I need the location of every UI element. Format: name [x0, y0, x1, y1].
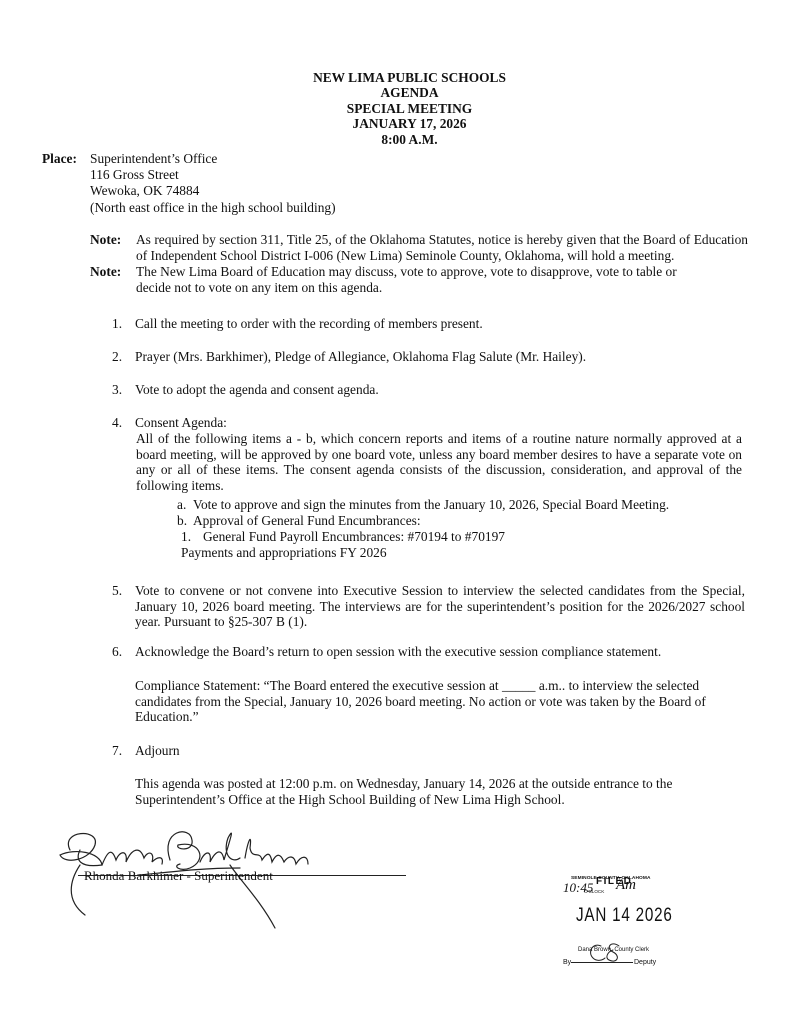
note-text: The New Lima Board of Education may disc…	[136, 264, 696, 295]
agenda-item: Adjourn	[135, 743, 745, 759]
stamp-oclock: O'CLOCK	[584, 884, 604, 900]
item-number: 2.	[112, 349, 122, 365]
subsub-note: Payments and appropriations FY 2026	[181, 545, 387, 561]
header-date: JANUARY 17, 2026	[28, 116, 791, 131]
header-district: NEW LIMA PUBLIC SCHOOLS	[28, 70, 791, 85]
place-line: (North east office in the high school bu…	[90, 200, 336, 216]
stamp-by: By	[563, 955, 571, 971]
header-meeting-type: SPECIAL MEETING	[28, 101, 791, 116]
consent-agenda-body: All of the following items a - b, which …	[136, 431, 742, 493]
header-time: 8:00 A.M.	[28, 132, 791, 147]
stamp-deputy: Deputy	[634, 955, 656, 971]
agenda-item: Prayer (Mrs. Barkhimer), Pledge of Alleg…	[135, 349, 745, 365]
item-number: 4.	[112, 415, 122, 431]
agenda-item: Vote to adopt the agenda and consent age…	[135, 382, 745, 398]
place-label: Place:	[42, 151, 77, 167]
stamp-date: JAN 14 2026	[576, 908, 673, 924]
subitem-text: Approval of General Fund Encumbrances:	[193, 513, 421, 529]
note-text: As required by section 311, Title 25, of…	[136, 232, 748, 263]
note-label: Note:	[90, 232, 121, 248]
header-agenda: AGENDA	[28, 85, 791, 100]
posting-statement: This agenda was posted at 12:00 p.m. on …	[135, 776, 735, 807]
subitem-label: b.	[177, 513, 187, 529]
subitem-label: a.	[177, 497, 186, 513]
deputy-initials-icon	[585, 938, 635, 966]
item-number: 1.	[112, 316, 122, 332]
signer-name-title: Rhonda Barkhimer - Superintendent	[84, 868, 273, 884]
compliance-statement: Compliance Statement: “The Board entered…	[135, 678, 740, 725]
subsub-text: General Fund Payroll Encumbrances: #7019…	[203, 529, 505, 545]
place-line: Wewoka, OK 74884	[90, 183, 336, 199]
item-number: 6.	[112, 644, 122, 660]
agenda-item: Call the meeting to order with the recor…	[135, 316, 745, 332]
agenda-item-heading: Consent Agenda:	[135, 415, 745, 431]
item-number: 7.	[112, 743, 122, 759]
subsub-label: 1.	[181, 529, 191, 545]
place-line: Superintendent’s Office	[90, 151, 336, 167]
subitem-text: Vote to approve and sign the minutes fro…	[193, 497, 669, 513]
item-number: 3.	[112, 382, 122, 398]
agenda-header: NEW LIMA PUBLIC SCHOOLS AGENDA SPECIAL M…	[0, 70, 791, 147]
note-label: Note:	[90, 264, 121, 280]
place-address: Superintendent’s Office 116 Gross Street…	[90, 151, 336, 216]
agenda-item: Acknowledge the Board’s return to open s…	[135, 644, 745, 660]
agenda-item: Vote to convene or not convene into Exec…	[135, 583, 745, 630]
item-number: 5.	[112, 583, 122, 599]
place-line: 116 Gross Street	[90, 167, 336, 183]
stamp-ampm: Am	[616, 878, 636, 894]
